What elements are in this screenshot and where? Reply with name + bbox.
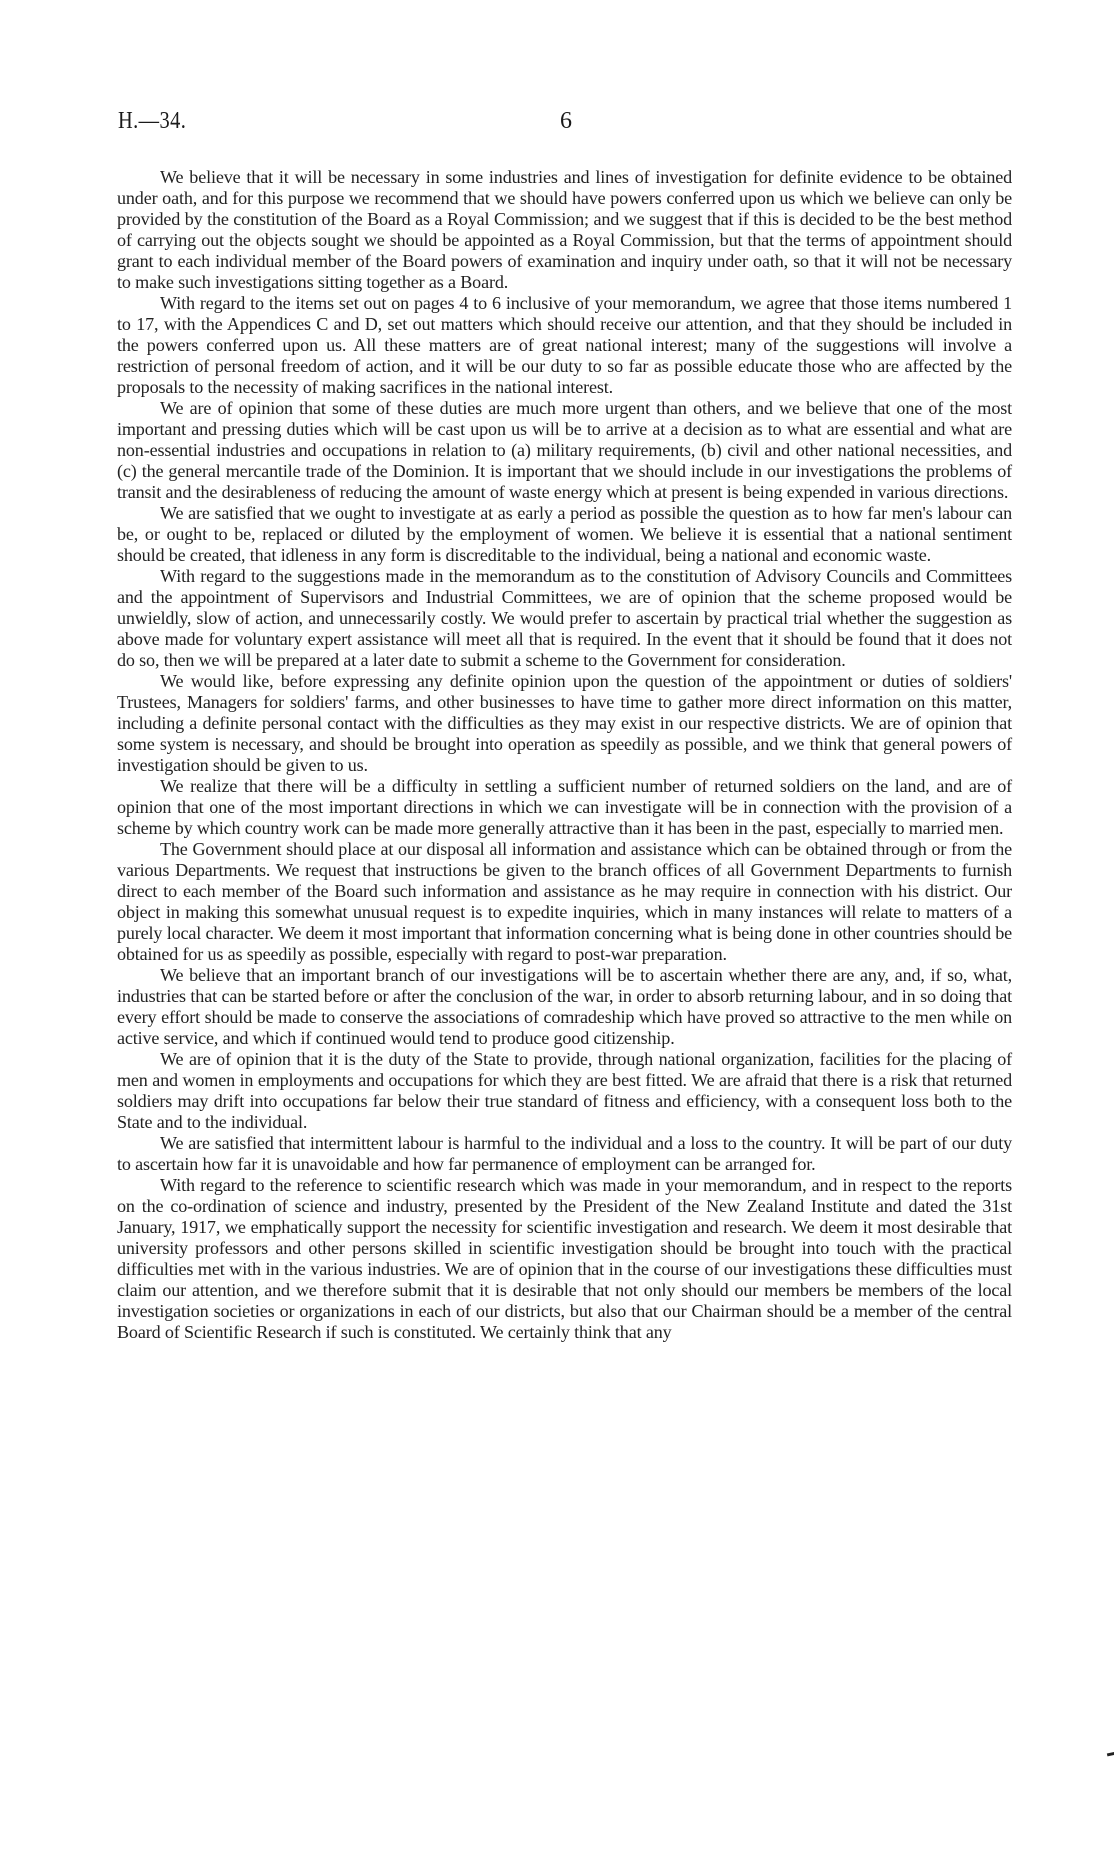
paragraph-memorandum-items: With regard to the items set out on page… xyxy=(117,293,1012,398)
paragraph-industries-labour: We believe that an important branch of o… xyxy=(117,965,1012,1049)
paragraph-soldiers-trustees: We would like, before expressing any def… xyxy=(117,671,1012,776)
paragraph-state-duty: We are of opinion that it is the duty of… xyxy=(117,1049,1012,1133)
paragraph-urgent-duties: We are of opinion that some of these dut… xyxy=(117,398,1012,503)
paragraph-royal-commission: We believe that it will be necessary in … xyxy=(117,167,1012,293)
paragraph-government-assistance: The Government should place at our dispo… xyxy=(117,839,1012,965)
paragraph-scientific-research: With regard to the reference to scientif… xyxy=(117,1175,1012,1343)
paragraph-intermittent-labour: We are satisfied that intermittent labou… xyxy=(117,1133,1012,1175)
page-number: 6 xyxy=(560,108,572,135)
body-text: We believe that it will be necessary in … xyxy=(117,167,1012,1343)
document-reference: H.—34. xyxy=(118,108,186,135)
paragraph-womens-employment: We are satisfied that we ought to invest… xyxy=(117,503,1012,566)
scan-artifact-mark xyxy=(1107,1751,1114,1757)
page-header: H.—34. 6 xyxy=(118,108,1013,138)
paragraph-advisory-councils: With regard to the suggestions made in t… xyxy=(117,566,1012,671)
paragraph-land-settlement: We realize that there will be a difficul… xyxy=(117,776,1012,839)
